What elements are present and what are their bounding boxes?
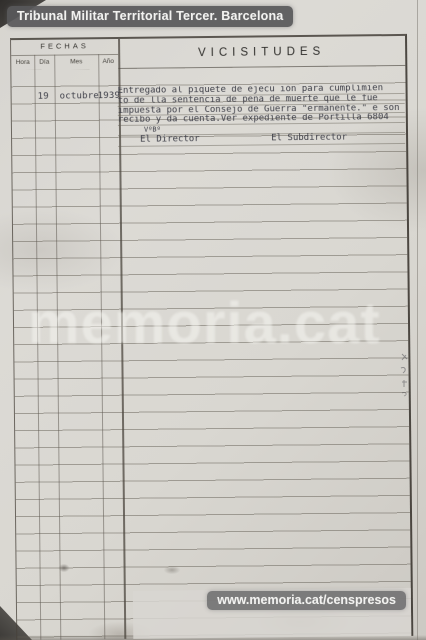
page-edge-line (417, 0, 418, 640)
scanned-document: FECHAS Hora Día Mes Año VICISITUDES 19 o… (0, 0, 426, 640)
ruled-lines (11, 66, 411, 640)
vicisitudes-header: VICISITUDES (118, 36, 405, 69)
typewritten-text: Entregado al piquete de ejecu ión para c… (118, 84, 406, 147)
column-header-hora: Hora (11, 56, 34, 70)
margin-scribble (398, 352, 412, 398)
entry-month: octubre (60, 91, 99, 101)
fechas-subcolumns: Hora Día Mes Año (11, 55, 118, 70)
ledger-table: FECHAS Hora Día Mes Año VICISITUDES 19 o… (10, 34, 413, 640)
column-header-mes: Mes (54, 55, 98, 69)
fechas-header: FECHAS Hora Día Mes Año (11, 39, 118, 70)
fechas-label: FECHAS (11, 41, 118, 56)
column-header-ano: Año (98, 55, 118, 69)
director-signature-label: El Director (140, 135, 200, 145)
subdirector-signature-label: El Subdirector (271, 134, 347, 144)
archive-title-badge: Tribunal Militar Territorial Tercer. Bar… (7, 6, 293, 27)
column-header-dia: Día (34, 56, 54, 70)
source-url-badge: www.memoria.cat/censpresos (207, 591, 406, 610)
vobo-text: VºBº (144, 126, 161, 134)
entry-day: 19 (38, 92, 49, 102)
